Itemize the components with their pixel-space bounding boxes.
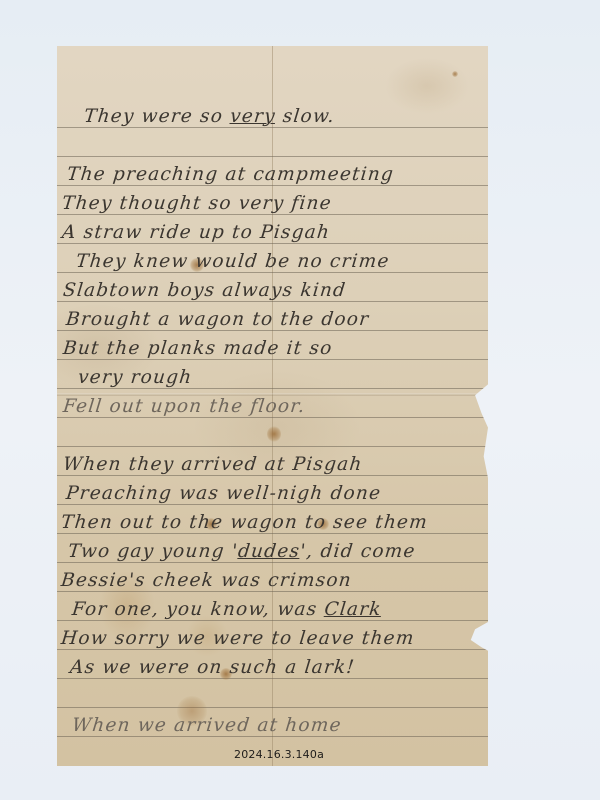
ruled-line	[57, 127, 488, 128]
poem-line: The preaching at campmeeting	[66, 164, 395, 185]
underlined-word: Clark	[323, 599, 382, 620]
ruled-line	[57, 736, 488, 737]
poem-line: When they arrived at Pisgah	[62, 454, 364, 475]
ruled-line	[57, 156, 488, 157]
ruled-line	[57, 185, 488, 186]
ruled-line	[57, 301, 488, 302]
underlined-word: very	[229, 106, 277, 127]
poem-line: Then out to the wagon to see them	[60, 512, 429, 533]
ruled-line	[57, 446, 488, 447]
ruled-line	[57, 533, 488, 534]
ruled-line	[57, 359, 488, 360]
ruled-line	[57, 417, 488, 418]
poem-line: Bessie's cheek was crimson	[60, 570, 353, 591]
poem-line: Two gay young 'dudes', did come	[67, 541, 417, 562]
poem-line: As we were on such a lark!	[69, 657, 356, 678]
ruled-line	[57, 388, 488, 389]
ruled-line	[57, 214, 488, 215]
ruled-line	[57, 330, 488, 331]
poem-line: They were so very slow.	[83, 106, 336, 127]
ruled-line	[57, 504, 488, 505]
ruled-line	[57, 620, 488, 621]
poem-line: Fell out upon the floor.	[62, 396, 306, 417]
ruled-line	[57, 243, 488, 244]
ruled-line	[57, 475, 488, 476]
ruled-line	[57, 562, 488, 563]
catalog-number-label: 2024.16.3.140a	[234, 748, 324, 761]
poem-line: Slabtown boys always kind	[62, 280, 347, 301]
poem-line: When we arrived at home	[71, 715, 343, 736]
stain	[267, 426, 281, 442]
poem-line: They knew would be no crime	[75, 251, 391, 272]
ruled-line	[57, 591, 488, 592]
poem-line: But the planks made it so	[62, 338, 334, 359]
poem-line: How sorry we were to leave them	[60, 628, 416, 649]
ruled-line	[57, 649, 488, 650]
poem-line: They thought so very fine	[61, 193, 333, 214]
letter-page: They were so very slow. The preaching at…	[57, 46, 488, 766]
poem-line: very rough	[77, 367, 193, 388]
stain	[452, 71, 458, 77]
poem-line: A straw ride up to Pisgah	[61, 222, 331, 243]
poem-line: Brought a wagon to the door	[65, 309, 370, 330]
poem-line: Preaching was well-nigh done	[65, 483, 382, 504]
ruled-line	[57, 272, 488, 273]
photo-background: They were so very slow. The preaching at…	[0, 0, 600, 800]
poem-line: For one, you know, was Clark	[71, 599, 383, 620]
ruled-line	[57, 707, 488, 708]
ruled-line	[57, 678, 488, 679]
underlined-word: dudes	[237, 541, 301, 562]
